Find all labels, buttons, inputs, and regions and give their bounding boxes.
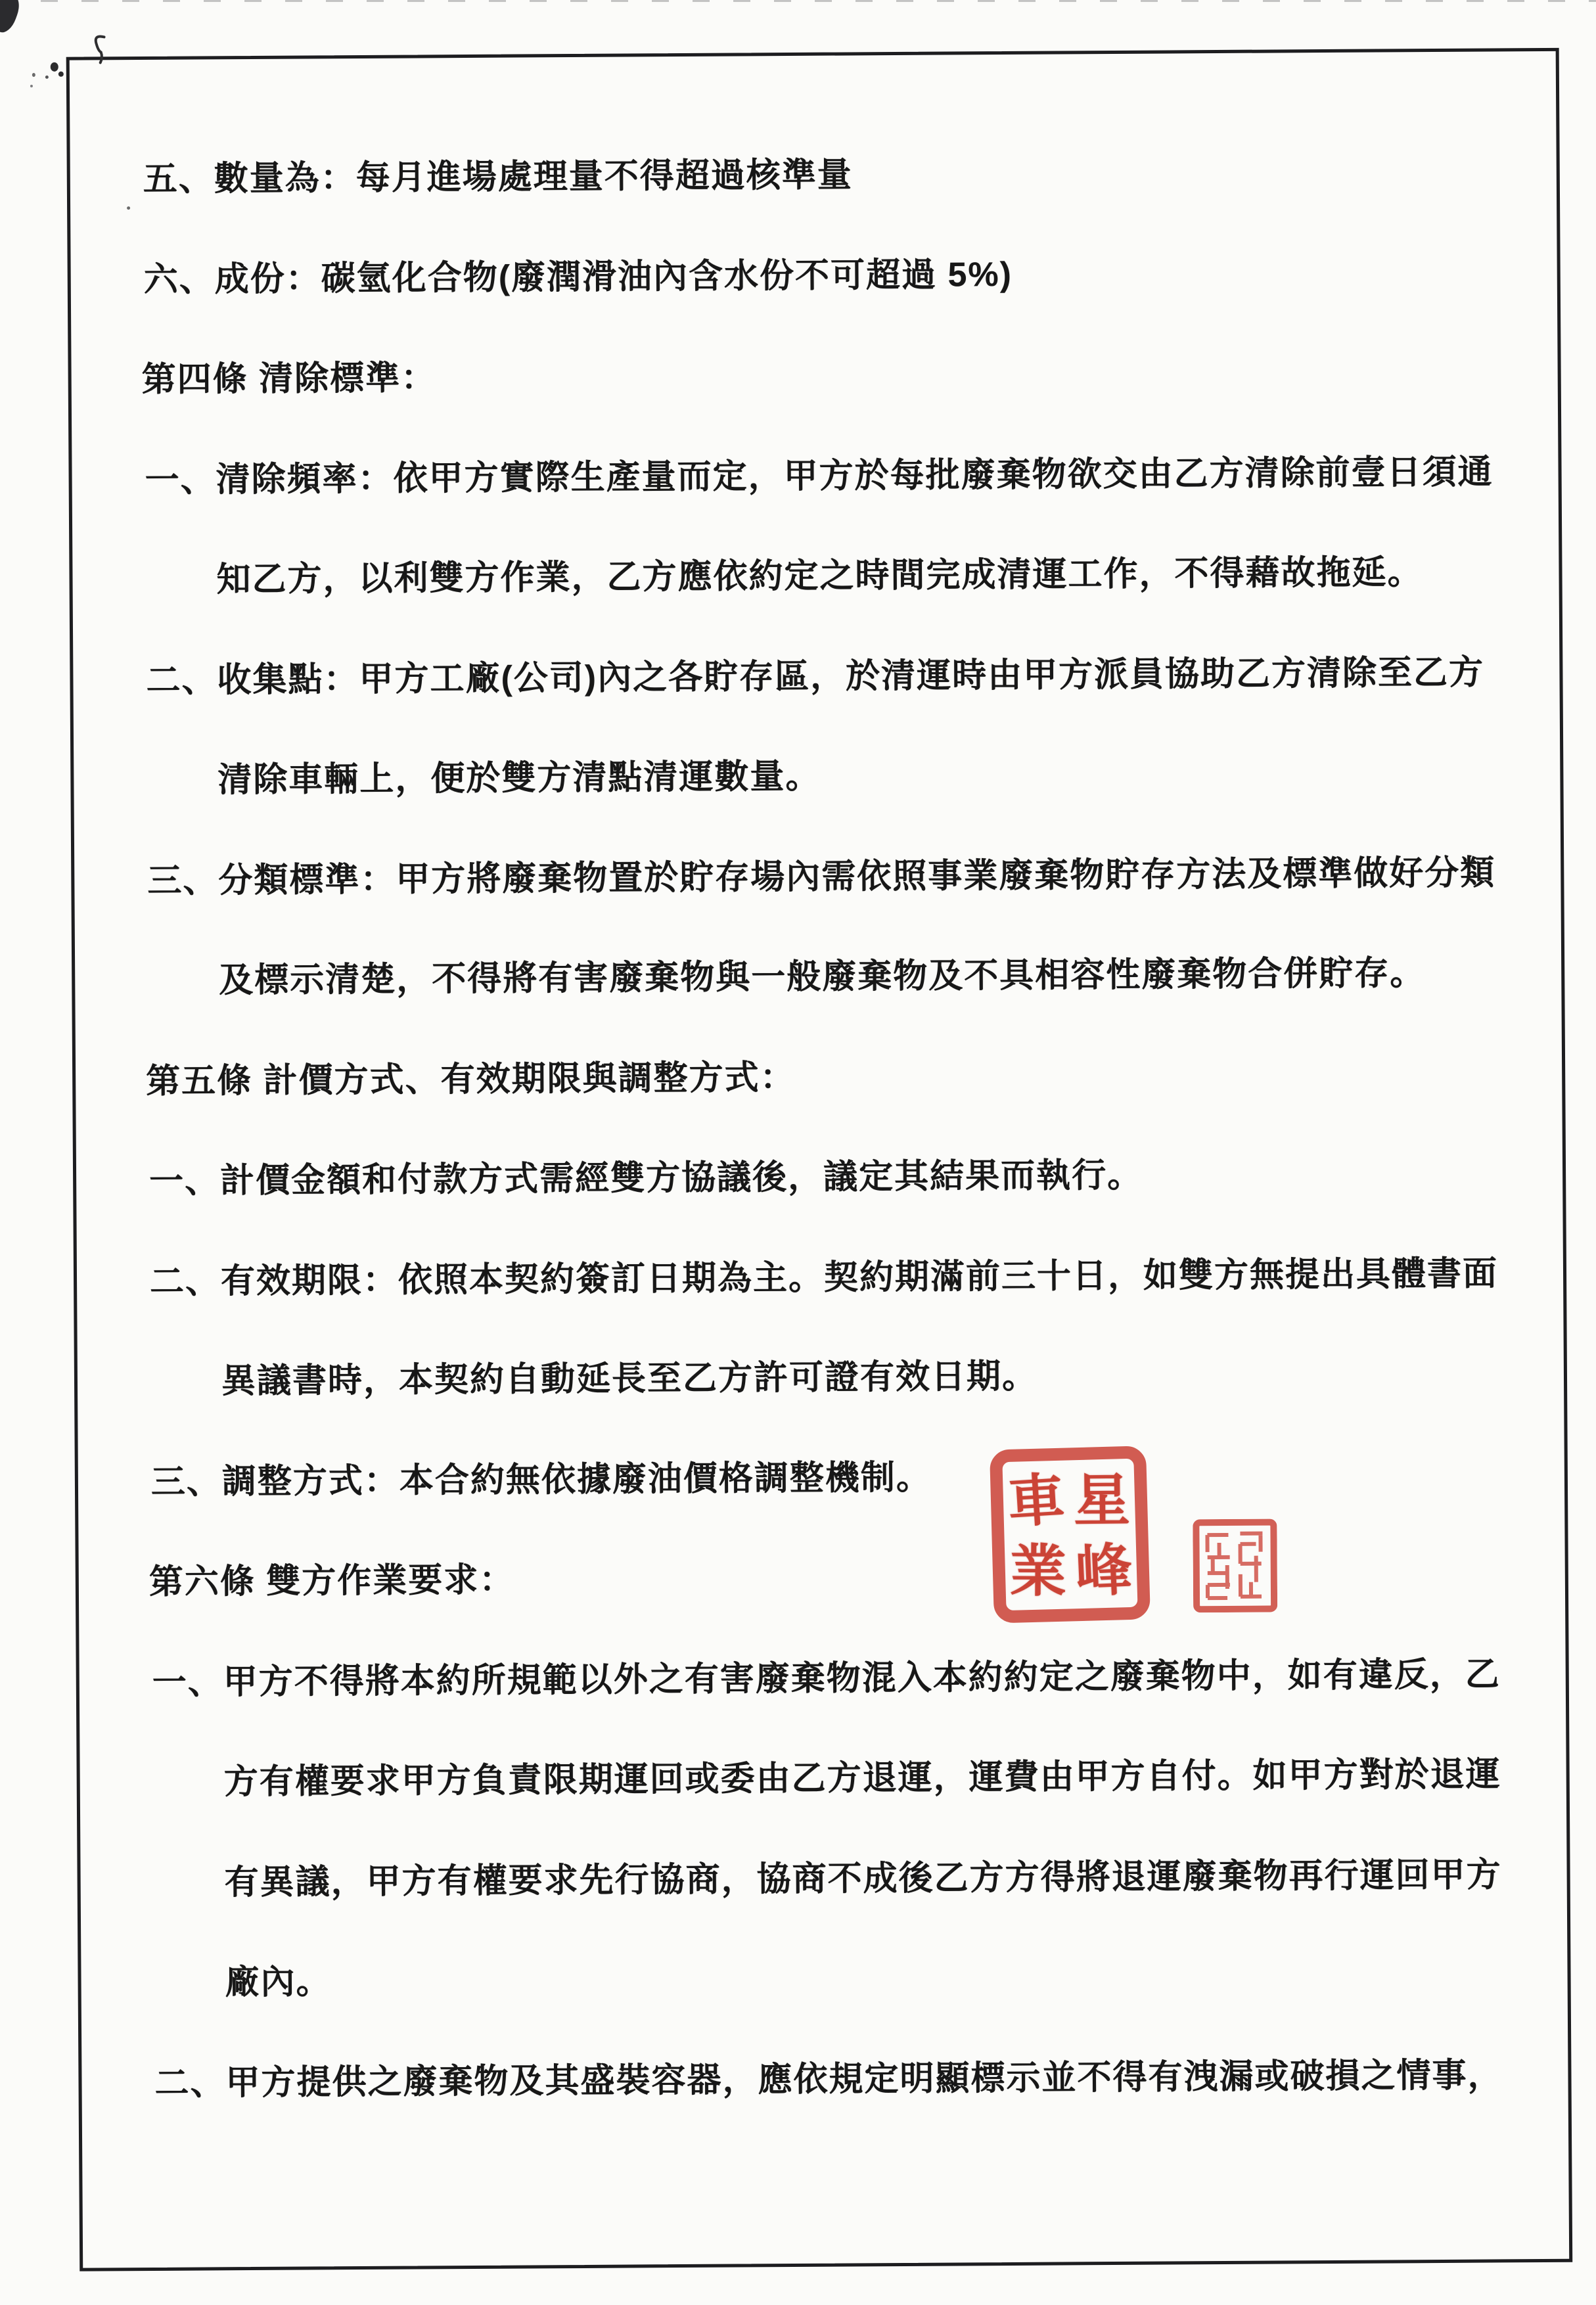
ink-speck [45, 76, 49, 79]
seal-character: 峰 [1074, 1541, 1133, 1601]
contract-line: 知乙方，以利雙方作業，乙方應依約定之時間完成清運工作，不得藉故拖延。 [216, 555, 1423, 598]
contract-line: 一、清除頻率：依甲方實際生產量而定，甲方於每批廢棄物欲交由乙方清除前壹日須通 [145, 454, 1493, 498]
contract-line: 異議書時，本契約自動延長至乙方許可證有效日期。 [221, 1359, 1037, 1400]
article-heading: 第六條 雙方作業要求： [149, 1563, 515, 1601]
contract-line: 廠內。 [225, 1964, 331, 2001]
contract-line: 六、成份：碳氫化合物(廢潤滑油內含水份不可超過 5%) [144, 257, 1013, 298]
article-heading: 第四條 清除標準： [142, 360, 437, 398]
contract-line: 清除車輛上，便於雙方清點清運數量。 [217, 759, 821, 798]
contract-line: 及標示清楚，不得將有害廢棄物與一般廢棄物及不具相容性廢棄物合併貯存。 [219, 955, 1425, 999]
contract-line: 一、計價金額和付款方式需經雙方協議後，議定其結果而執行。 [149, 1158, 1143, 1200]
contract-line: 五、數量為：每月進場處理量不得超過核準量 [143, 157, 853, 197]
ink-speck [51, 62, 58, 72]
scanned-contract-page: 五、數量為：每月進場處理量不得超過核準量六、成份：碳氫化合物(廢潤滑油內含水份不… [0, 0, 1596, 2305]
scan-layer: 五、數量為：每月進場處理量不得超過核準量六、成份：碳氫化合物(廢潤滑油內含水份不… [0, 0, 1596, 2305]
seal-character: 業 [1010, 1543, 1067, 1600]
contract-line: 三、調整方式：本合約無依據廢油價格調整機制。 [151, 1460, 932, 1501]
ink-speck [32, 73, 35, 77]
contract-line: 有異議，甲方有權要求先行協商，協商不成後乙方方得將退運廢棄物再行運回甲方 [224, 1857, 1501, 1900]
contract-line: 二、有效期限：依照本契約簽訂日期為主。契約期滿前三十日，如雙方無提出具體書面 [150, 1256, 1498, 1300]
ink-speck [58, 72, 64, 77]
seal-character: 星 [1074, 1472, 1131, 1529]
personal-seal-stamp [1193, 1518, 1277, 1612]
seal-character: 車 [1007, 1471, 1066, 1531]
contract-line: 二、甲方提供之廢棄物及其盛裝容器，應依規定明顯標示並不得有洩漏或破損之情事， [154, 2057, 1503, 2101]
contract-line: 三、分類標準：甲方將廢棄物置於貯存場內需依照事業廢棄物貯存方法及標準做好分類 [147, 855, 1495, 899]
contract-line: 一、甲方不得將本約所規範以外之有害廢棄物混入本約約定之廢棄物中，如有違反，乙 [152, 1656, 1501, 1700]
article-heading: 第五條 計價方式、有效期限與調整方式： [146, 1060, 796, 1100]
contract-line: 二、收集點：甲方工廠(公司)內之各貯存區，於清運時由甲方派員協助乙方清除至乙方 [146, 655, 1484, 699]
contract-line: 方有權要求甲方負責限期運回或委由乙方退運，運費由甲方自付。如甲方對於退運 [224, 1756, 1501, 1800]
ink-speck [127, 206, 130, 210]
pen-mark [87, 34, 113, 69]
company-seal-stamp: 車 星 業 峰 [990, 1446, 1151, 1623]
ink-speck [30, 85, 33, 87]
